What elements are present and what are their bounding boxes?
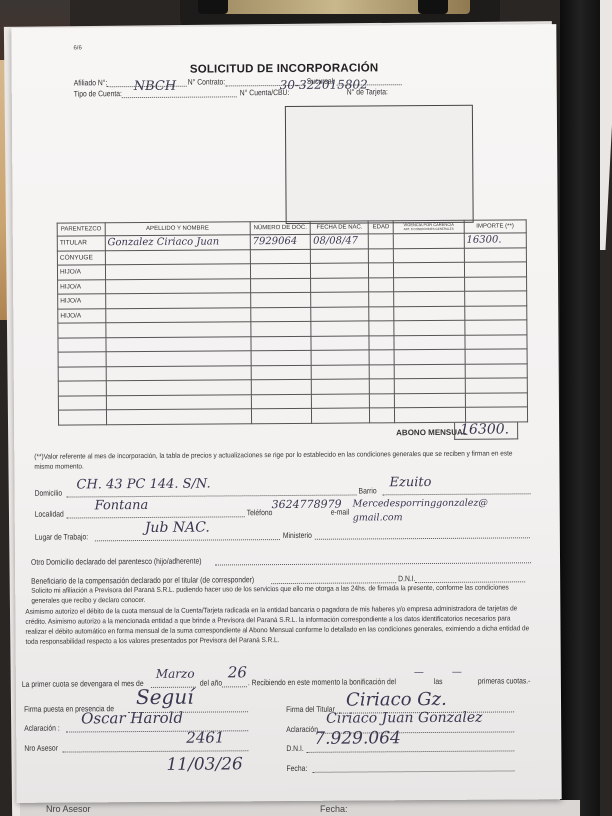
table-cell[interactable] (465, 363, 527, 378)
ministerio-label: Ministerio (283, 531, 312, 540)
anio-label: del año (200, 678, 222, 687)
bonificacion-label: . Recibiendo en este momento la bonifica… (248, 677, 396, 687)
table-cell[interactable] (369, 277, 394, 292)
table-cell[interactable] (465, 407, 527, 422)
dni-label: D.N.I. (286, 744, 303, 753)
las-label: las (434, 677, 443, 686)
table-cell[interactable] (370, 393, 395, 408)
telefono-label: Teléfono (247, 508, 273, 517)
table-cell[interactable] (251, 336, 312, 351)
table-cell[interactable] (312, 393, 370, 408)
table-cell[interactable] (395, 393, 466, 408)
firma-presencia-signature: Seguí (136, 685, 194, 709)
family-table-body: TITULARGonzalez Ciriaco Juan792906408/08… (57, 233, 527, 425)
handwritten-date: 11/03/26 (166, 754, 242, 775)
table-cell[interactable] (312, 408, 370, 423)
table-cell[interactable] (251, 379, 312, 394)
table-cell[interactable] (311, 277, 369, 292)
table-cell[interactable] (311, 350, 369, 365)
table-cell[interactable] (369, 292, 394, 307)
table-cell[interactable] (106, 380, 251, 396)
primeras-cuotas-label: primeras cuotas.- (478, 676, 531, 685)
table-cell[interactable] (250, 263, 311, 278)
table-cell[interactable] (369, 234, 394, 249)
table-cell[interactable] (395, 407, 466, 422)
table-cell[interactable] (105, 278, 250, 294)
email-value: Mercedesporringgonzalez@ gmail.com (353, 496, 533, 525)
lugar-trabajo-value: Jub NAC. (145, 520, 210, 536)
tipo-cuenta-label: Tipo de Cuenta: (74, 89, 122, 98)
table-cell[interactable] (394, 248, 465, 263)
form-title: SOLICITUD DE INCORPORACIÓN (12, 61, 557, 77)
vigencia-subtitle: ART. 8 CONDICIONES GENERALES (396, 227, 462, 232)
relationship-cell (58, 366, 106, 381)
domicilio-value: CH. 43 PC 144. S/N. (76, 477, 210, 493)
table-cell[interactable] (106, 409, 251, 425)
table-cell[interactable] (106, 365, 251, 381)
table-cell[interactable] (465, 349, 527, 364)
table-cell[interactable]: 16300. (464, 233, 526, 248)
family-members-table: PARENTEZCO APELLIDO Y NOMBRE NÚMERO DE D… (57, 219, 528, 425)
table-cell[interactable] (394, 335, 465, 350)
under-nro-asesor-label: Nro Asesor (46, 804, 91, 814)
aclaracion-left-label: Aclaración : (24, 724, 60, 733)
table-cell[interactable] (251, 394, 312, 409)
relationship-cell (58, 352, 106, 367)
beneficiario-dni-field[interactable] (415, 572, 525, 583)
col-header-doc: NÚMERO DE DOC. (250, 221, 311, 234)
page-number: 6/6 (73, 45, 81, 51)
email-label: e-mail (331, 508, 350, 517)
beneficiario-field[interactable] (271, 573, 396, 584)
table-cell[interactable] (394, 378, 465, 393)
primer-cuota-mes-value: Marzo (156, 667, 195, 681)
tarjeta-label: N° de Tarjeta: (347, 87, 388, 96)
localidad-value: Fontana (95, 498, 149, 513)
table-cell[interactable] (465, 320, 527, 335)
table-cell[interactable]: 08/08/47 (311, 234, 369, 249)
table-cell[interactable] (464, 276, 526, 291)
table-cell[interactable] (311, 292, 369, 307)
clip-end-right (418, 0, 448, 14)
table-cell[interactable] (464, 262, 526, 277)
table-cell[interactable] (105, 264, 250, 280)
table-cell[interactable]: 7929064 (250, 234, 311, 249)
solicitud-text: Solicito mi afiliación a Previsora del P… (31, 583, 528, 606)
table-cell[interactable] (251, 408, 312, 423)
nro-asesor-value: 2461 (186, 728, 224, 746)
relationship-cell: TITULAR (57, 236, 105, 251)
footnote-text: (**)Valor referente al mes de incorporac… (34, 449, 513, 472)
otro-domicilio-label: Otro Domicilio declarado del parentesco … (31, 557, 202, 567)
table-cell[interactable] (370, 364, 395, 379)
table-cell[interactable] (106, 336, 251, 352)
table-cell[interactable] (465, 392, 527, 407)
aclaracion-right-value: Ciriaco Juan Gonzalez (326, 710, 482, 727)
under-fecha-label: Fecha: (320, 804, 348, 814)
relationship-cell (58, 337, 106, 352)
table-cell[interactable] (251, 365, 312, 380)
domicilio-label: Domicilio (35, 489, 63, 498)
barrio-value: Ezuito (389, 475, 431, 490)
table-cell[interactable] (370, 379, 395, 394)
relationship-cell: HIJO/A (58, 308, 106, 323)
table-cell[interactable]: Gonzalez Ciriaco Juan (105, 235, 250, 251)
relationship-cell (58, 323, 106, 338)
autorizacion-text: Asimismo autorizo el débito de la cuota … (25, 604, 533, 648)
table-cell[interactable] (106, 322, 251, 338)
relationship-cell: CÓNYUGE (57, 250, 105, 265)
bonificacion-value: — (414, 667, 424, 678)
las-value: — (452, 667, 462, 678)
lugar-trabajo-label: Lugar de Trabajo: (35, 532, 88, 541)
ministerio-field[interactable] (315, 528, 530, 540)
nro-asesor-label: Nro Asesor (24, 744, 58, 753)
table-cell[interactable] (251, 307, 312, 322)
beneficiario-dni-label: D.N.I. (398, 574, 415, 583)
table-cell[interactable] (369, 350, 394, 365)
table-cell[interactable] (106, 394, 251, 410)
table-cell[interactable] (311, 248, 369, 263)
table-cell[interactable] (394, 320, 465, 335)
relationship-cell: HIJO/A (58, 279, 106, 294)
afiliado-label: Afiliado N°: (74, 78, 108, 87)
table-cell[interactable] (311, 306, 369, 321)
table-cell[interactable] (369, 321, 394, 336)
table-cell[interactable] (369, 306, 394, 321)
form-sheet: 6/6 SOLICITUD DE INCORPORACIÓN Afiliado … (11, 24, 561, 803)
aclaracion-left-value: Oscar Harold (81, 709, 183, 728)
tipo-cuenta-value: NBCH (134, 79, 177, 94)
firma-titular-signature: Ciriaco Gz. (346, 689, 447, 711)
table-cell[interactable] (394, 306, 465, 321)
table-cell[interactable] (394, 349, 465, 364)
primer-cuota-label: La primer cuota se devengara el mes de (22, 679, 144, 689)
beneficiario-label: Beneficiario de la compensación declarad… (31, 575, 254, 586)
col-header-edad: EDAD (369, 221, 394, 234)
table-cell[interactable] (464, 247, 526, 262)
table-cell[interactable] (369, 263, 394, 278)
relationship-cell (58, 395, 106, 410)
table-cell[interactable] (105, 249, 250, 265)
col-header-nombre: APELLIDO Y NOMBRE (105, 222, 250, 236)
table-cell[interactable] (250, 292, 311, 307)
relationship-cell: HIJO/A (58, 294, 106, 309)
table-cell[interactable] (394, 262, 465, 277)
relationship-cell (58, 381, 106, 396)
localidad-field[interactable] (67, 507, 245, 518)
fecha-field[interactable] (312, 761, 514, 772)
table-cell[interactable] (311, 364, 369, 379)
localidad-label: Localidad (35, 510, 64, 519)
barrio-label: Barrio (359, 486, 377, 495)
table-cell[interactable] (465, 334, 527, 349)
col-header-importe: IMPORTE (**) (464, 220, 526, 233)
table-cell[interactable] (465, 378, 527, 393)
otro-domicilio-field[interactable] (215, 553, 531, 565)
table-cell[interactable] (105, 307, 250, 323)
table-cell[interactable] (311, 263, 369, 278)
table-cell[interactable] (369, 335, 394, 350)
table-cell[interactable] (251, 321, 312, 336)
table-cell[interactable] (106, 351, 251, 367)
fecha-label: Fecha: (286, 764, 307, 773)
binder-edge (560, 0, 600, 816)
table-cell[interactable] (464, 291, 526, 306)
relationship-cell (58, 410, 106, 425)
col-header-parentezco: PARENTEZCO (57, 223, 105, 236)
table-cell[interactable] (250, 249, 311, 264)
table-cell[interactable] (105, 293, 250, 309)
table-cell[interactable] (394, 364, 465, 379)
col-header-vigencia: VIGENCIA POR CARENCIA ART. 8 CONDICIONES… (393, 220, 464, 233)
table-cell[interactable] (394, 291, 465, 306)
table-cell[interactable] (250, 278, 311, 293)
contrato-label: N° Contrato: (188, 77, 226, 86)
abono-mensual-value: 16300. (460, 421, 509, 437)
table-cell[interactable] (311, 321, 369, 336)
table-cell[interactable] (464, 305, 526, 320)
col-header-fecha-nac: FECHA DE NAC. (310, 221, 368, 234)
table-cell[interactable] (393, 233, 464, 248)
table-cell[interactable] (251, 350, 312, 365)
clip-end-left (198, 0, 228, 14)
table-cell[interactable] (312, 379, 370, 394)
relationship-cell: HIJO/A (57, 265, 105, 280)
anio-value: 26 (228, 663, 247, 681)
table-cell[interactable] (311, 335, 369, 350)
table-cell[interactable] (394, 277, 465, 292)
underlying-sheet-footer: Nro Asesor Fecha: (20, 800, 580, 816)
photo-placeholder-box (285, 105, 474, 224)
table-cell[interactable] (370, 408, 395, 423)
dni-value: 7.929.064 (314, 728, 401, 749)
table-cell[interactable] (369, 248, 394, 263)
